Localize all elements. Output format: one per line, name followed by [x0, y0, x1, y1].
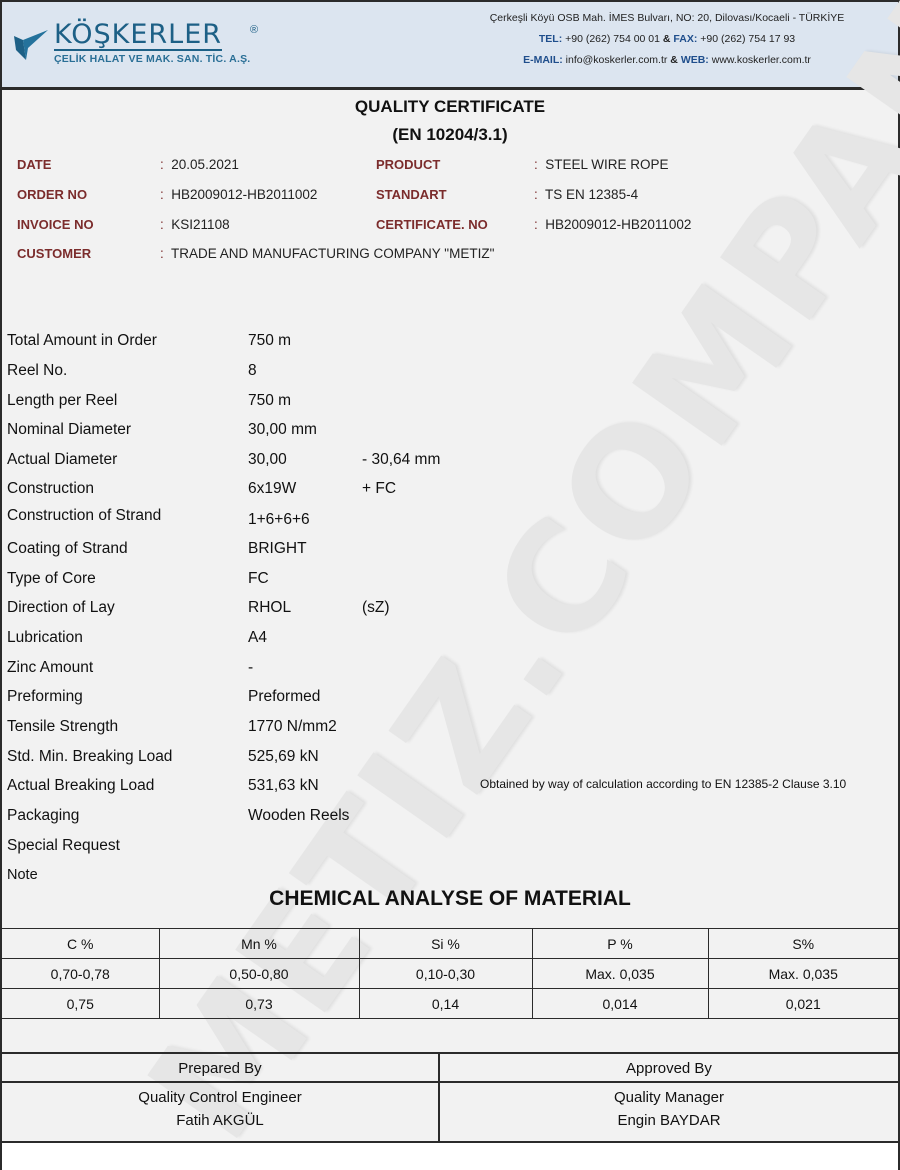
prepared-by-role: Quality Control Engineer [2, 1086, 438, 1109]
actual-p: 0,014 [532, 989, 708, 1019]
web-value: www.koskerler.com.tr [712, 54, 811, 66]
calculation-note: Obtained by way of calculation according… [480, 777, 846, 791]
table-row-limits: 0,70-0,78 0,50-0,80 0,10-0,30 Max. 0,035… [2, 959, 898, 989]
fax-label: FAX: [673, 33, 697, 45]
spec-extra: + FC [362, 478, 396, 500]
spec-value: A4 [248, 627, 267, 649]
header-s: S% [708, 929, 898, 959]
field-standart: STANDART [376, 185, 447, 205]
quality-certificate-page: KÖŞKERLER ® ÇELİK HALAT VE MAK. SAN. TİC… [0, 0, 900, 1170]
spec-label: Reel No. [7, 360, 67, 382]
header-mn: Mn % [159, 929, 359, 959]
spec-label: Type of Core [7, 568, 96, 590]
spec-label: Construction of Strand [7, 505, 161, 527]
blank-row [2, 1018, 898, 1054]
customer-entry: : TRADE AND MANUFACTURING COMPANY "METIZ… [160, 244, 494, 264]
invoice-no-entry: : KSI21108 [160, 215, 230, 235]
limit-c: 0,70-0,78 [2, 959, 159, 989]
certificate-subtitle: (EN 10204/3.1) [2, 125, 898, 145]
company-logo: KÖŞKERLER ® ÇELİK HALAT VE MAK. SAN. TİC… [14, 22, 274, 72]
registered-mark: ® [250, 24, 258, 36]
spec-label: Packaging [7, 805, 79, 827]
spec-value: 525,69 kN [248, 746, 319, 768]
prepared-by-name: Fatih AKGÜL [2, 1109, 438, 1132]
chemical-analysis-title: CHEMICAL ANALYSE OF MATERIAL [2, 887, 898, 911]
company-subtitle: ÇELİK HALAT VE MAK. SAN. TİC. A.Ş. [54, 53, 250, 65]
tel-label: TEL: [539, 33, 562, 45]
company-name: KÖŞKERLER [54, 22, 222, 51]
spec-value: 531,63 kN [248, 775, 319, 797]
footer-band [2, 1141, 898, 1170]
spec-label: Tensile Strength [7, 716, 118, 738]
ampersand: & [670, 54, 678, 66]
web-label: WEB: [681, 54, 709, 66]
spec-extra: (sZ) [362, 597, 390, 619]
order-no-value: HB2009012-HB2011002 [171, 187, 317, 202]
address: Çerkeşli Köyü OSB Mah. İMES Bulvarı, NO:… [442, 8, 892, 29]
table-row-headers: C % Mn % Si % P % S% [2, 929, 898, 959]
colon: : [160, 217, 164, 232]
header-si: Si % [359, 929, 532, 959]
field-certificate-no: CERTIFICATE. NO [376, 215, 488, 235]
certificate-no-value: HB2009012-HB2011002 [545, 217, 691, 232]
certificate-no-entry: : HB2009012-HB2011002 [534, 215, 691, 235]
spec-value: 1770 N/mm2 [248, 716, 337, 738]
standart-value: TS EN 12385-4 [545, 187, 638, 202]
limit-mn: 0,50-0,80 [159, 959, 359, 989]
web-line: E-MAIL: info@koskerler.com.tr & WEB: www… [442, 50, 892, 71]
approved-by-role: Quality Manager [440, 1086, 898, 1109]
product-entry: : STEEL WIRE ROPE [534, 155, 669, 175]
spec-value: FC [248, 568, 269, 590]
spec-label: Construction [7, 478, 94, 500]
actual-s: 0,021 [708, 989, 898, 1019]
limit-si: 0,10-0,30 [359, 959, 532, 989]
standart-label: STANDART [376, 187, 447, 202]
certificate-title: QUALITY CERTIFICATE [2, 97, 898, 117]
spec-value: 750 m [248, 390, 291, 412]
contact-block: Çerkeşli Köyü OSB Mah. İMES Bulvarı, NO:… [442, 8, 892, 71]
note-label: Note [7, 864, 38, 886]
chemical-analysis-table: C % Mn % Si % P % S% 0,70-0,78 0,50-0,80… [2, 928, 898, 1019]
product-value: STEEL WIRE ROPE [545, 157, 668, 172]
fax-value: +90 (262) 754 17 93 [700, 33, 795, 45]
prepared-by-section: Prepared By Quality Control Engineer Fat… [2, 1054, 440, 1142]
spec-value: Wooden Reels [248, 805, 349, 827]
date-value: 20.05.2021 [171, 157, 239, 172]
email-value: info@koskerler.com.tr [566, 54, 668, 66]
field-date: DATE [17, 155, 51, 175]
order-no-entry: : HB2009012-HB2011002 [160, 185, 317, 205]
colon: : [534, 157, 538, 172]
header-p: P % [532, 929, 708, 959]
colon: : [160, 157, 164, 172]
spec-label: Nominal Diameter [7, 419, 131, 441]
header-c: C % [2, 929, 159, 959]
order-no-label: ORDER NO [17, 187, 87, 202]
spec-value: 30,00 [248, 449, 287, 471]
colon: : [160, 187, 164, 202]
spec-label: Zinc Amount [7, 657, 93, 679]
approved-by-section: Approved By Quality Manager Engin BAYDAR [440, 1054, 898, 1142]
date-entry: : 20.05.2021 [160, 155, 239, 175]
invoice-no-value: KSI21108 [171, 217, 229, 232]
product-label: PRODUCT [376, 157, 440, 172]
spec-value: 30,00 mm [248, 419, 317, 441]
field-invoice-no: INVOICE NO [17, 215, 94, 235]
date-label: DATE [17, 157, 51, 172]
colon: : [534, 187, 538, 202]
k-wing-logo-icon [14, 30, 48, 62]
spec-label: Coating of Strand [7, 538, 128, 560]
spec-label: Special Request [7, 835, 120, 857]
spec-value: 750 m [248, 330, 291, 352]
tel-value: +90 (262) 754 00 01 [565, 33, 660, 45]
spec-extra: - 30,64 mm [362, 449, 440, 471]
spec-label: Direction of Lay [7, 597, 115, 619]
actual-c: 0,75 [2, 989, 159, 1019]
approved-by-name: Engin BAYDAR [440, 1109, 898, 1132]
letterhead: KÖŞKERLER ® ÇELİK HALAT VE MAK. SAN. TİC… [2, 2, 898, 90]
approved-by-heading: Approved By [440, 1054, 898, 1083]
spec-value: 8 [248, 360, 257, 382]
certificate-no-label: CERTIFICATE. NO [376, 217, 488, 232]
limit-s: Max. 0,035 [708, 959, 898, 989]
spec-label: Actual Diameter [7, 449, 117, 471]
actual-mn: 0,73 [159, 989, 359, 1019]
spec-value: 1+6+6+6 [248, 509, 310, 531]
ampersand: & [663, 33, 671, 45]
email-label: E-MAIL: [523, 54, 563, 66]
spec-label: Lubrication [7, 627, 83, 649]
colon: : [160, 246, 164, 261]
spec-label: Preforming [7, 686, 83, 708]
field-customer: CUSTOMER [17, 244, 91, 264]
spec-value: Preformed [248, 686, 320, 708]
signature-block: Prepared By Quality Control Engineer Fat… [2, 1054, 898, 1142]
customer-label: CUSTOMER [17, 246, 91, 261]
spec-value: - [248, 657, 253, 679]
table-row-actual: 0,75 0,73 0,14 0,014 0,021 [2, 989, 898, 1019]
spec-label: Total Amount in Order [7, 330, 157, 352]
limit-p: Max. 0,035 [532, 959, 708, 989]
actual-si: 0,14 [359, 989, 532, 1019]
standart-entry: : TS EN 12385-4 [534, 185, 638, 205]
phone-line: TEL: +90 (262) 754 00 01 & FAX: +90 (262… [442, 29, 892, 50]
spec-value: 6x19W [248, 478, 296, 500]
spec-value: BRIGHT [248, 538, 307, 560]
spec-label: Length per Reel [7, 390, 117, 412]
prepared-by-heading: Prepared By [2, 1054, 438, 1083]
field-product: PRODUCT [376, 155, 440, 175]
customer-value: TRADE AND MANUFACTURING COMPANY "METIZ" [171, 246, 494, 261]
field-order-no: ORDER NO [17, 185, 87, 205]
spec-value: RHOL [248, 597, 291, 619]
spec-label: Std. Min. Breaking Load [7, 746, 172, 768]
invoice-no-label: INVOICE NO [17, 217, 94, 232]
colon: : [534, 217, 538, 232]
spec-label: Actual Breaking Load [7, 775, 154, 797]
